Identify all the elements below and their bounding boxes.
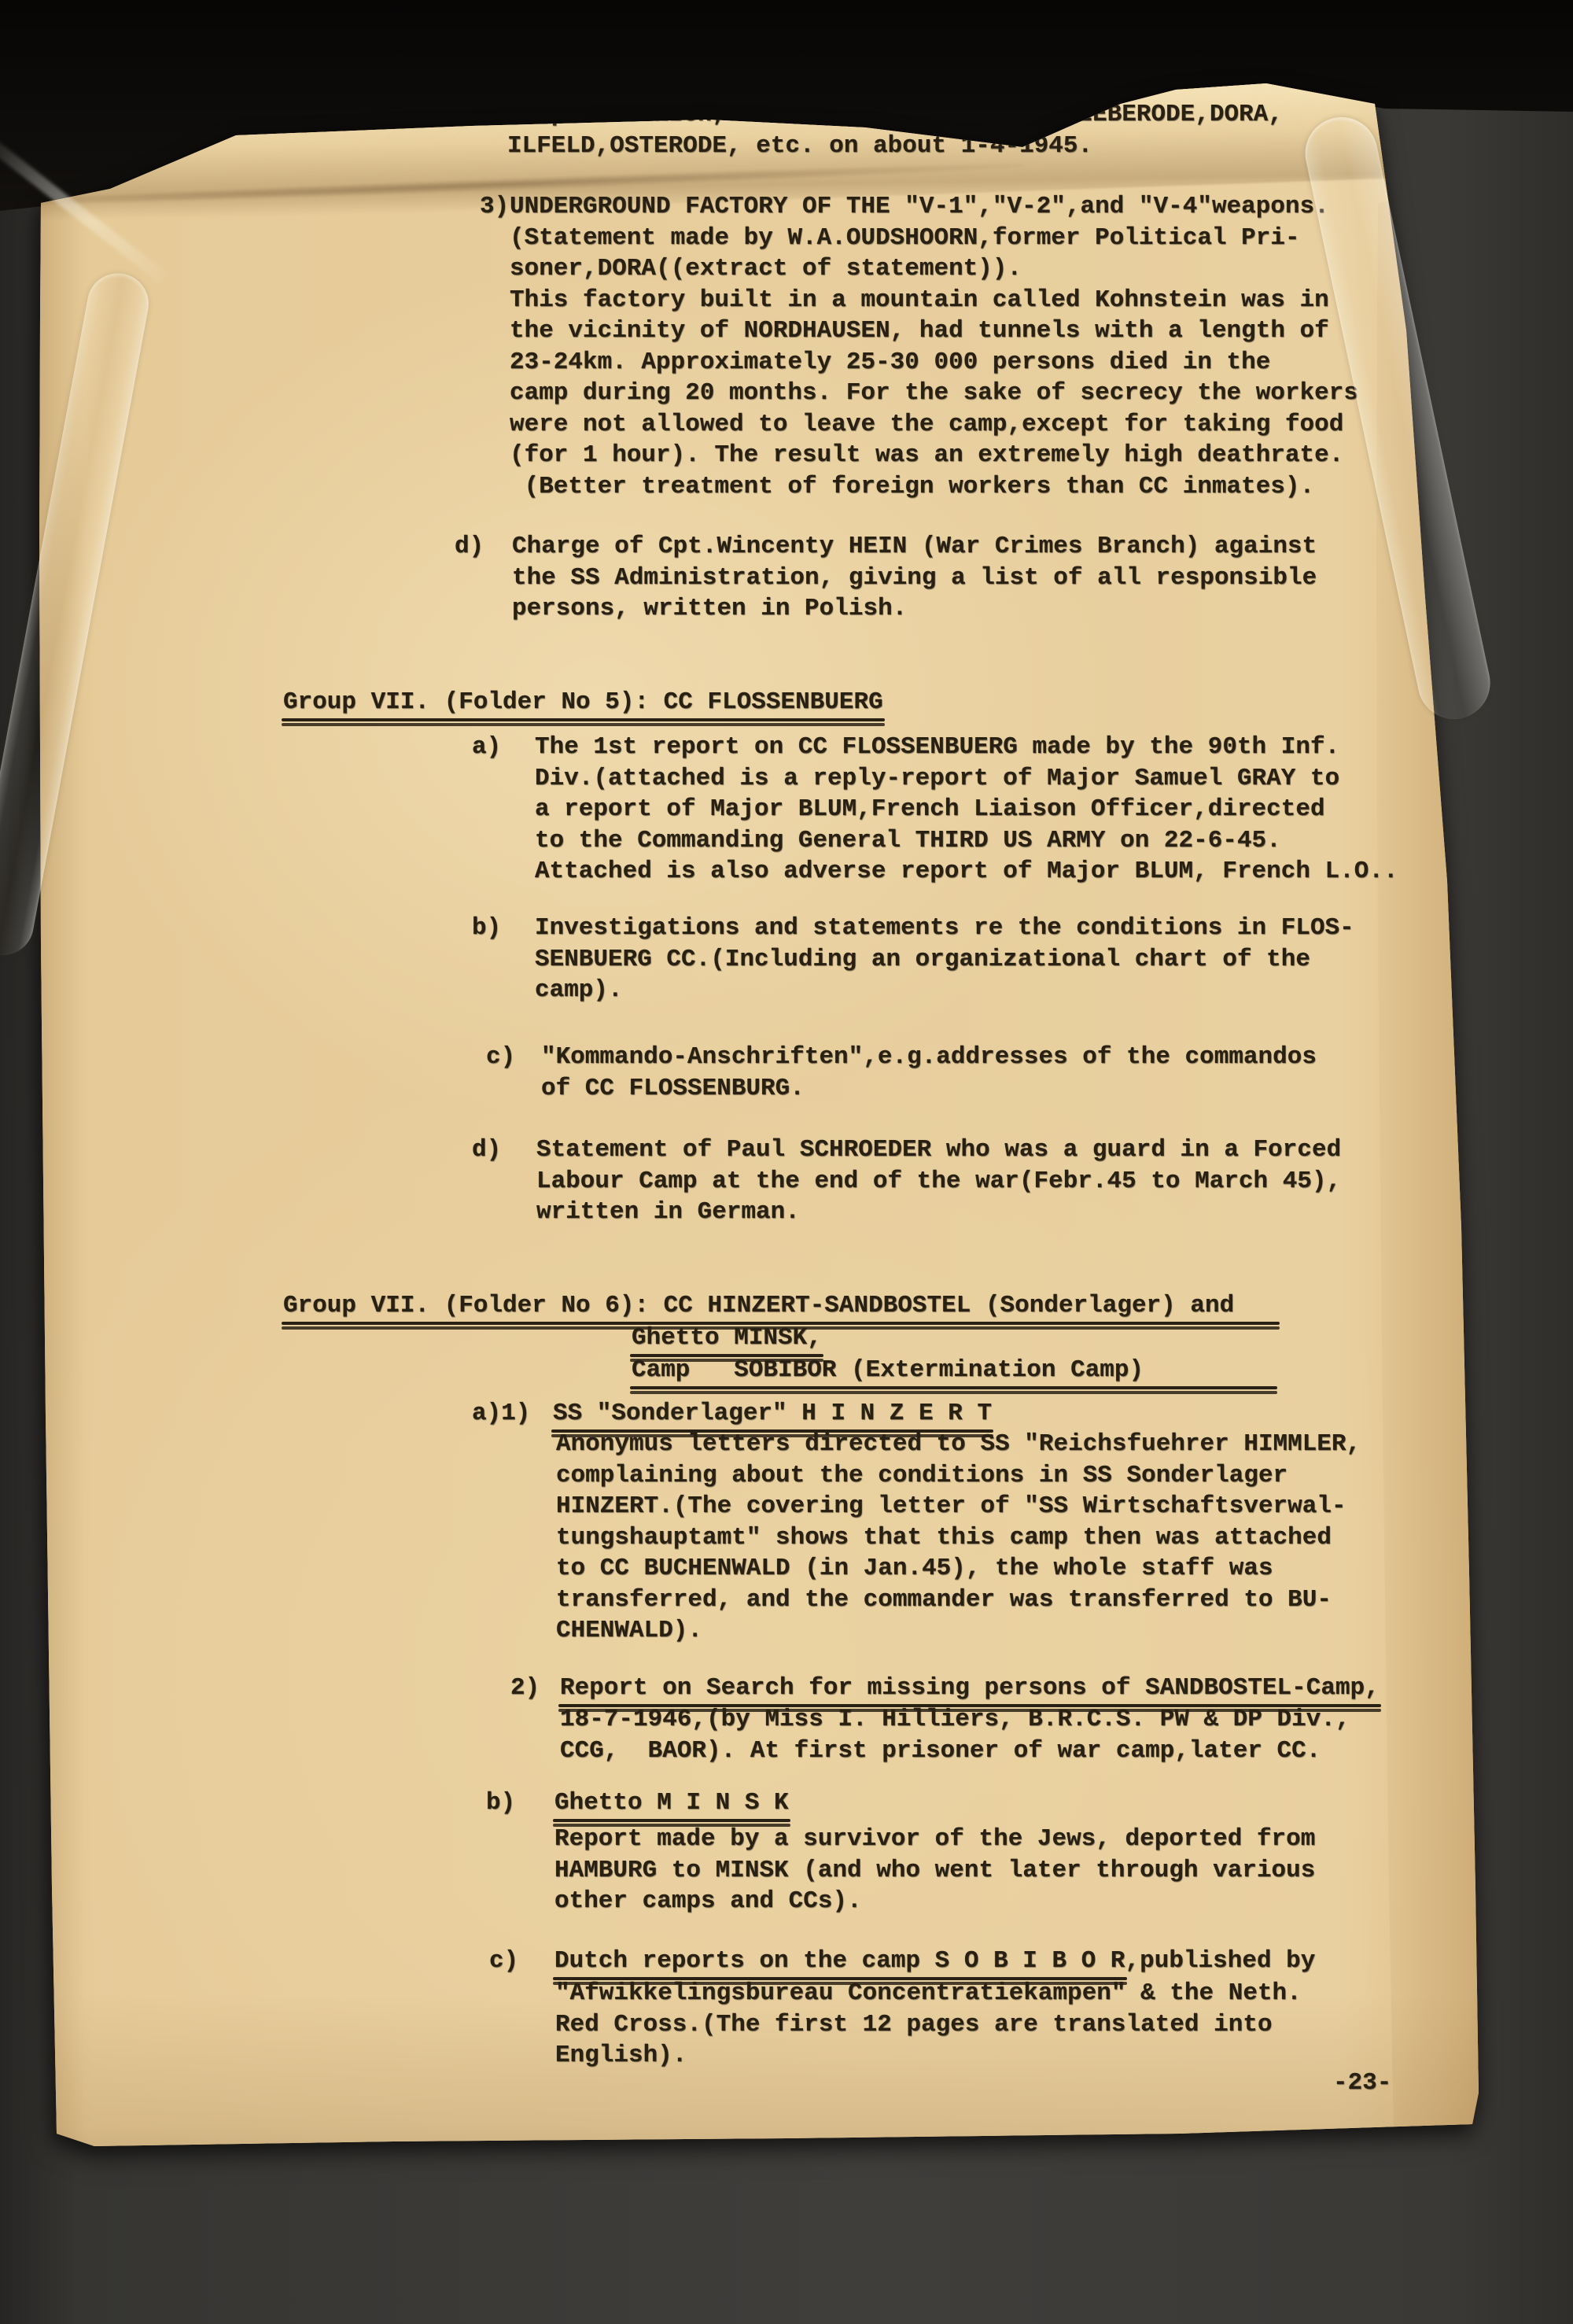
- folder5-item-b-marker: b): [472, 913, 501, 944]
- page-left-edge-shading: [0, 0, 94, 2324]
- folder5-item-c-marker: c): [486, 1042, 515, 1073]
- group7-folder6-heading-line3-text: Camp SOBIBOR (Extermination Camp): [632, 1356, 1276, 1384]
- document-page: Camps: ELLRICH, MACKENRODE. WIEDA, ROTTL…: [0, 0, 1573, 2324]
- folder5-item-b-block: Investigations and statements re the con…: [535, 913, 1354, 1006]
- folder6-item-2-head: Report on Search for missing persons of …: [560, 1673, 1380, 1704]
- intro-camps-block: Camps: ELLRICH, MACKENRODE. WIEDA, ROTTL…: [507, 99, 1283, 161]
- item-3-block: UNDERGROUND FACTORY OF THE "V-1","V-2",a…: [510, 191, 1358, 502]
- page-number: -23-: [1333, 2068, 1391, 2099]
- folder5-item-d-marker: d): [472, 1134, 501, 1166]
- folder6-item-b-head-text: Ghetto M I N S K: [554, 1789, 789, 1817]
- document-page-wrapper: Camps: ELLRICH, MACKENRODE. WIEDA, ROTTL…: [0, 0, 1573, 2324]
- folder6-item-a1-head-text: SS "Sonderlager" H I N Z E R T: [553, 1400, 992, 1427]
- folder6-item-b-marker: b): [486, 1787, 515, 1819]
- folder6-item-c-head-text: Dutch reports on the camp S O B I B O R: [554, 1947, 1125, 1975]
- folder6-item-c-block: "Afwikkelingsbureau Concentratiekampen" …: [555, 1978, 1302, 2071]
- item-d-charge-marker: d): [455, 531, 484, 563]
- folder6-item-2-block: 18-7-1946,(by Miss I. Hilliers, B.R.C.S.…: [560, 1704, 1350, 1766]
- group7-folder6-heading-line1-text: Group VII. (Folder No 6): CC HINZERT-SAN…: [283, 1292, 1278, 1319]
- folder5-item-a-block: The 1st report on CC FLOSSENBUERG made b…: [535, 732, 1398, 887]
- group7-folder6-heading-line2: Ghetto MINSK,: [632, 1322, 822, 1354]
- folder6-item-c-head: Dutch reports on the camp S O B I B O R,…: [554, 1946, 1315, 1977]
- folder6-item-c-head-rest: ,published by: [1125, 1947, 1316, 1975]
- folder6-item-2-marker: 2): [510, 1673, 540, 1704]
- folder5-item-d-block: Statement of Paul SCHROEDER who was a gu…: [536, 1134, 1341, 1228]
- group7-folder6-heading-line1: Group VII. (Folder No 6): CC HINZERT-SAN…: [283, 1290, 1278, 1322]
- group7-folder6-heading-line2-text: Ghetto MINSK,: [632, 1324, 822, 1352]
- item-d-charge-block: Charge of Cpt.Wincenty HEIN (War Crimes …: [512, 531, 1317, 625]
- folder6-item-a1-block: Anonymus letters directed to SS "Reichsf…: [556, 1429, 1361, 1647]
- group7-folder5-heading: Group VII. (Folder No 5): CC FLOSSENBUER…: [283, 687, 883, 718]
- folder6-item-a1-marker: a)1): [472, 1398, 530, 1429]
- folder6-item-c-marker: c): [489, 1946, 518, 1977]
- group7-folder6-heading-line3: Camp SOBIBOR (Extermination Camp): [632, 1355, 1276, 1386]
- scanned-document-photo: { "colors": { "paper": "#e8cd9c", "ink":…: [0, 0, 1573, 2324]
- group7-folder5-heading-text: Group VII. (Folder No 5): CC FLOSSENBUER…: [283, 688, 883, 716]
- folder5-item-a-marker: a): [472, 732, 501, 763]
- folder6-item-a1-head: SS "Sonderlager" H I N Z E R T: [553, 1398, 992, 1429]
- folder6-item-2-head-text: Report on Search for missing persons of …: [560, 1674, 1380, 1702]
- folder6-item-b-head: Ghetto M I N S K: [554, 1787, 789, 1819]
- item-3-marker: 3): [480, 191, 509, 223]
- folder5-item-c-block: "Kommando-Anschriften",e.g.addresses of …: [541, 1042, 1317, 1104]
- folder6-item-b-block: Report made by a survivor of the Jews, d…: [554, 1824, 1315, 1917]
- page-right-edge-shading: [1337, 0, 1573, 2324]
